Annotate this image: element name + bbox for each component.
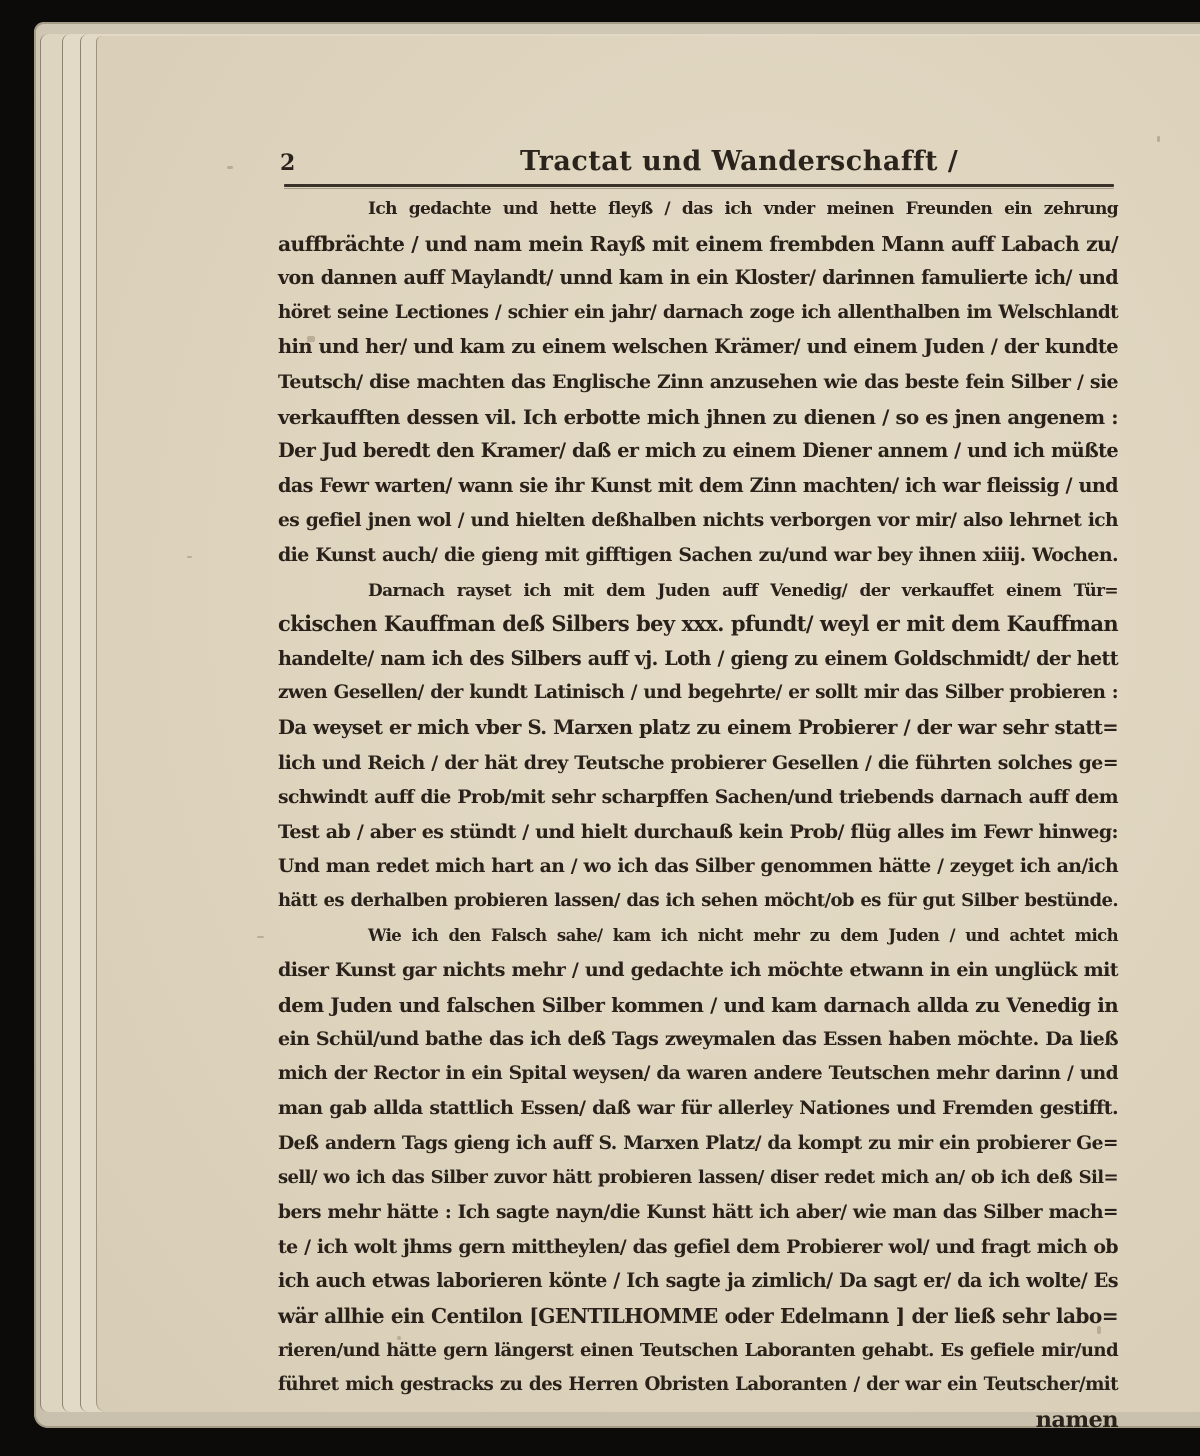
text-line: rieren/und hätte gern längerst einen Teu… bbox=[278, 1334, 1118, 1369]
text-line: höret seine Lectiones / schier ein jahr/… bbox=[278, 296, 1118, 331]
text-line: Der Jud beredt den Kramer/ daß er mich z… bbox=[278, 434, 1118, 469]
text-line: Test ab / aber es stündt / und hielt dur… bbox=[278, 815, 1118, 850]
paper-speck bbox=[187, 556, 192, 558]
text-line: Ich gedachte und hette fleyß / das ich v… bbox=[278, 192, 1118, 227]
header-rule bbox=[284, 184, 1114, 187]
text-line: Teutsch/ dise machten das Englische Zinn… bbox=[278, 365, 1118, 400]
text-line: sell/ wo ich das Silber zuvor hätt probi… bbox=[278, 1161, 1118, 1196]
page-number: 2 bbox=[280, 150, 295, 176]
text-line: Wie ich den Falsch sahe/ kam ich nicht m… bbox=[278, 918, 1118, 953]
text-line: Deß andern Tags gieng ich auff S. Marxen… bbox=[278, 1126, 1118, 1161]
text-line: es gefiel jnen wol / und hielten deßhalb… bbox=[278, 503, 1118, 538]
text-line: handelte/ nam ich des Silbers auff vj. L… bbox=[278, 642, 1118, 677]
text-line: hin und her/ und kam zu einem welschen K… bbox=[278, 330, 1118, 365]
scan-background: 2 Tractat und Wanderschafft / Ich gedach… bbox=[0, 0, 1200, 1456]
text-line: verkaufften dessen vil. Ich erbotte mich… bbox=[278, 400, 1118, 435]
paper-speck bbox=[227, 166, 233, 169]
text-line: dem Juden und falschen Silber kommen / u… bbox=[278, 988, 1118, 1023]
text-line: die Kunst auch/ die gieng mit gifftigen … bbox=[278, 538, 1118, 573]
text-line: bers mehr hätte : Ich sagte nayn/die Kun… bbox=[278, 1195, 1118, 1230]
body-text: Ich gedachte und hette fleyß / das ich v… bbox=[278, 192, 1118, 1437]
text-line: das Fewr warten/ wann sie ihr Kunst mit … bbox=[278, 469, 1118, 504]
text-line: ich auch etwas laborieren könte / Ich sa… bbox=[278, 1264, 1118, 1299]
text-line: schwindt auff die Prob/mit sehr scharpff… bbox=[278, 780, 1118, 815]
text-line: diser Kunst gar nichts mehr / und gedach… bbox=[278, 953, 1118, 988]
text-line: ein Schül/und bathe das ich deß Tags zwe… bbox=[278, 1022, 1118, 1057]
text-line: te / ich wolt jhms gern mittheylen/ das … bbox=[278, 1230, 1118, 1265]
page-header: 2 Tractat und Wanderschafft / bbox=[280, 146, 1120, 186]
text-line: führet mich gestracks zu des Herren Obri… bbox=[278, 1368, 1118, 1403]
paper-speck bbox=[1157, 136, 1160, 142]
paper-speck bbox=[257, 936, 264, 938]
text-line: hätt es derhalben probieren lassen/ das … bbox=[278, 884, 1118, 919]
text-line: von dannen auff Maylandt/ unnd kam in ei… bbox=[278, 261, 1118, 296]
text-line: zwen Gesellen/ der kundt Latinisch / und… bbox=[278, 676, 1118, 711]
text-line: ckischen Kauffman deß Silbers bey xxx. p… bbox=[278, 607, 1118, 642]
text-line: wär allhie ein Centilon [GENTILHOMME ode… bbox=[278, 1299, 1118, 1334]
text-line: lich und Reich / der hät drey Teutsche p… bbox=[278, 746, 1118, 781]
text-line: man gab allda stattlich Essen/ daß war f… bbox=[278, 1091, 1118, 1126]
text-line: Und man redet mich hart an / wo ich das … bbox=[278, 849, 1118, 884]
catchword: namen bbox=[278, 1403, 1118, 1438]
text-line: Darnach rayset ich mit dem Juden auff Ve… bbox=[278, 573, 1118, 608]
text-line: auffbrächte / und nam mein Rayß mit eine… bbox=[278, 227, 1118, 262]
text-line: mich der Rector in ein Spital weysen/ da… bbox=[278, 1057, 1118, 1092]
running-head: Tractat und Wanderschafft / bbox=[520, 146, 958, 177]
text-line: Da weyset er mich vber S. Marxen platz z… bbox=[278, 711, 1118, 746]
